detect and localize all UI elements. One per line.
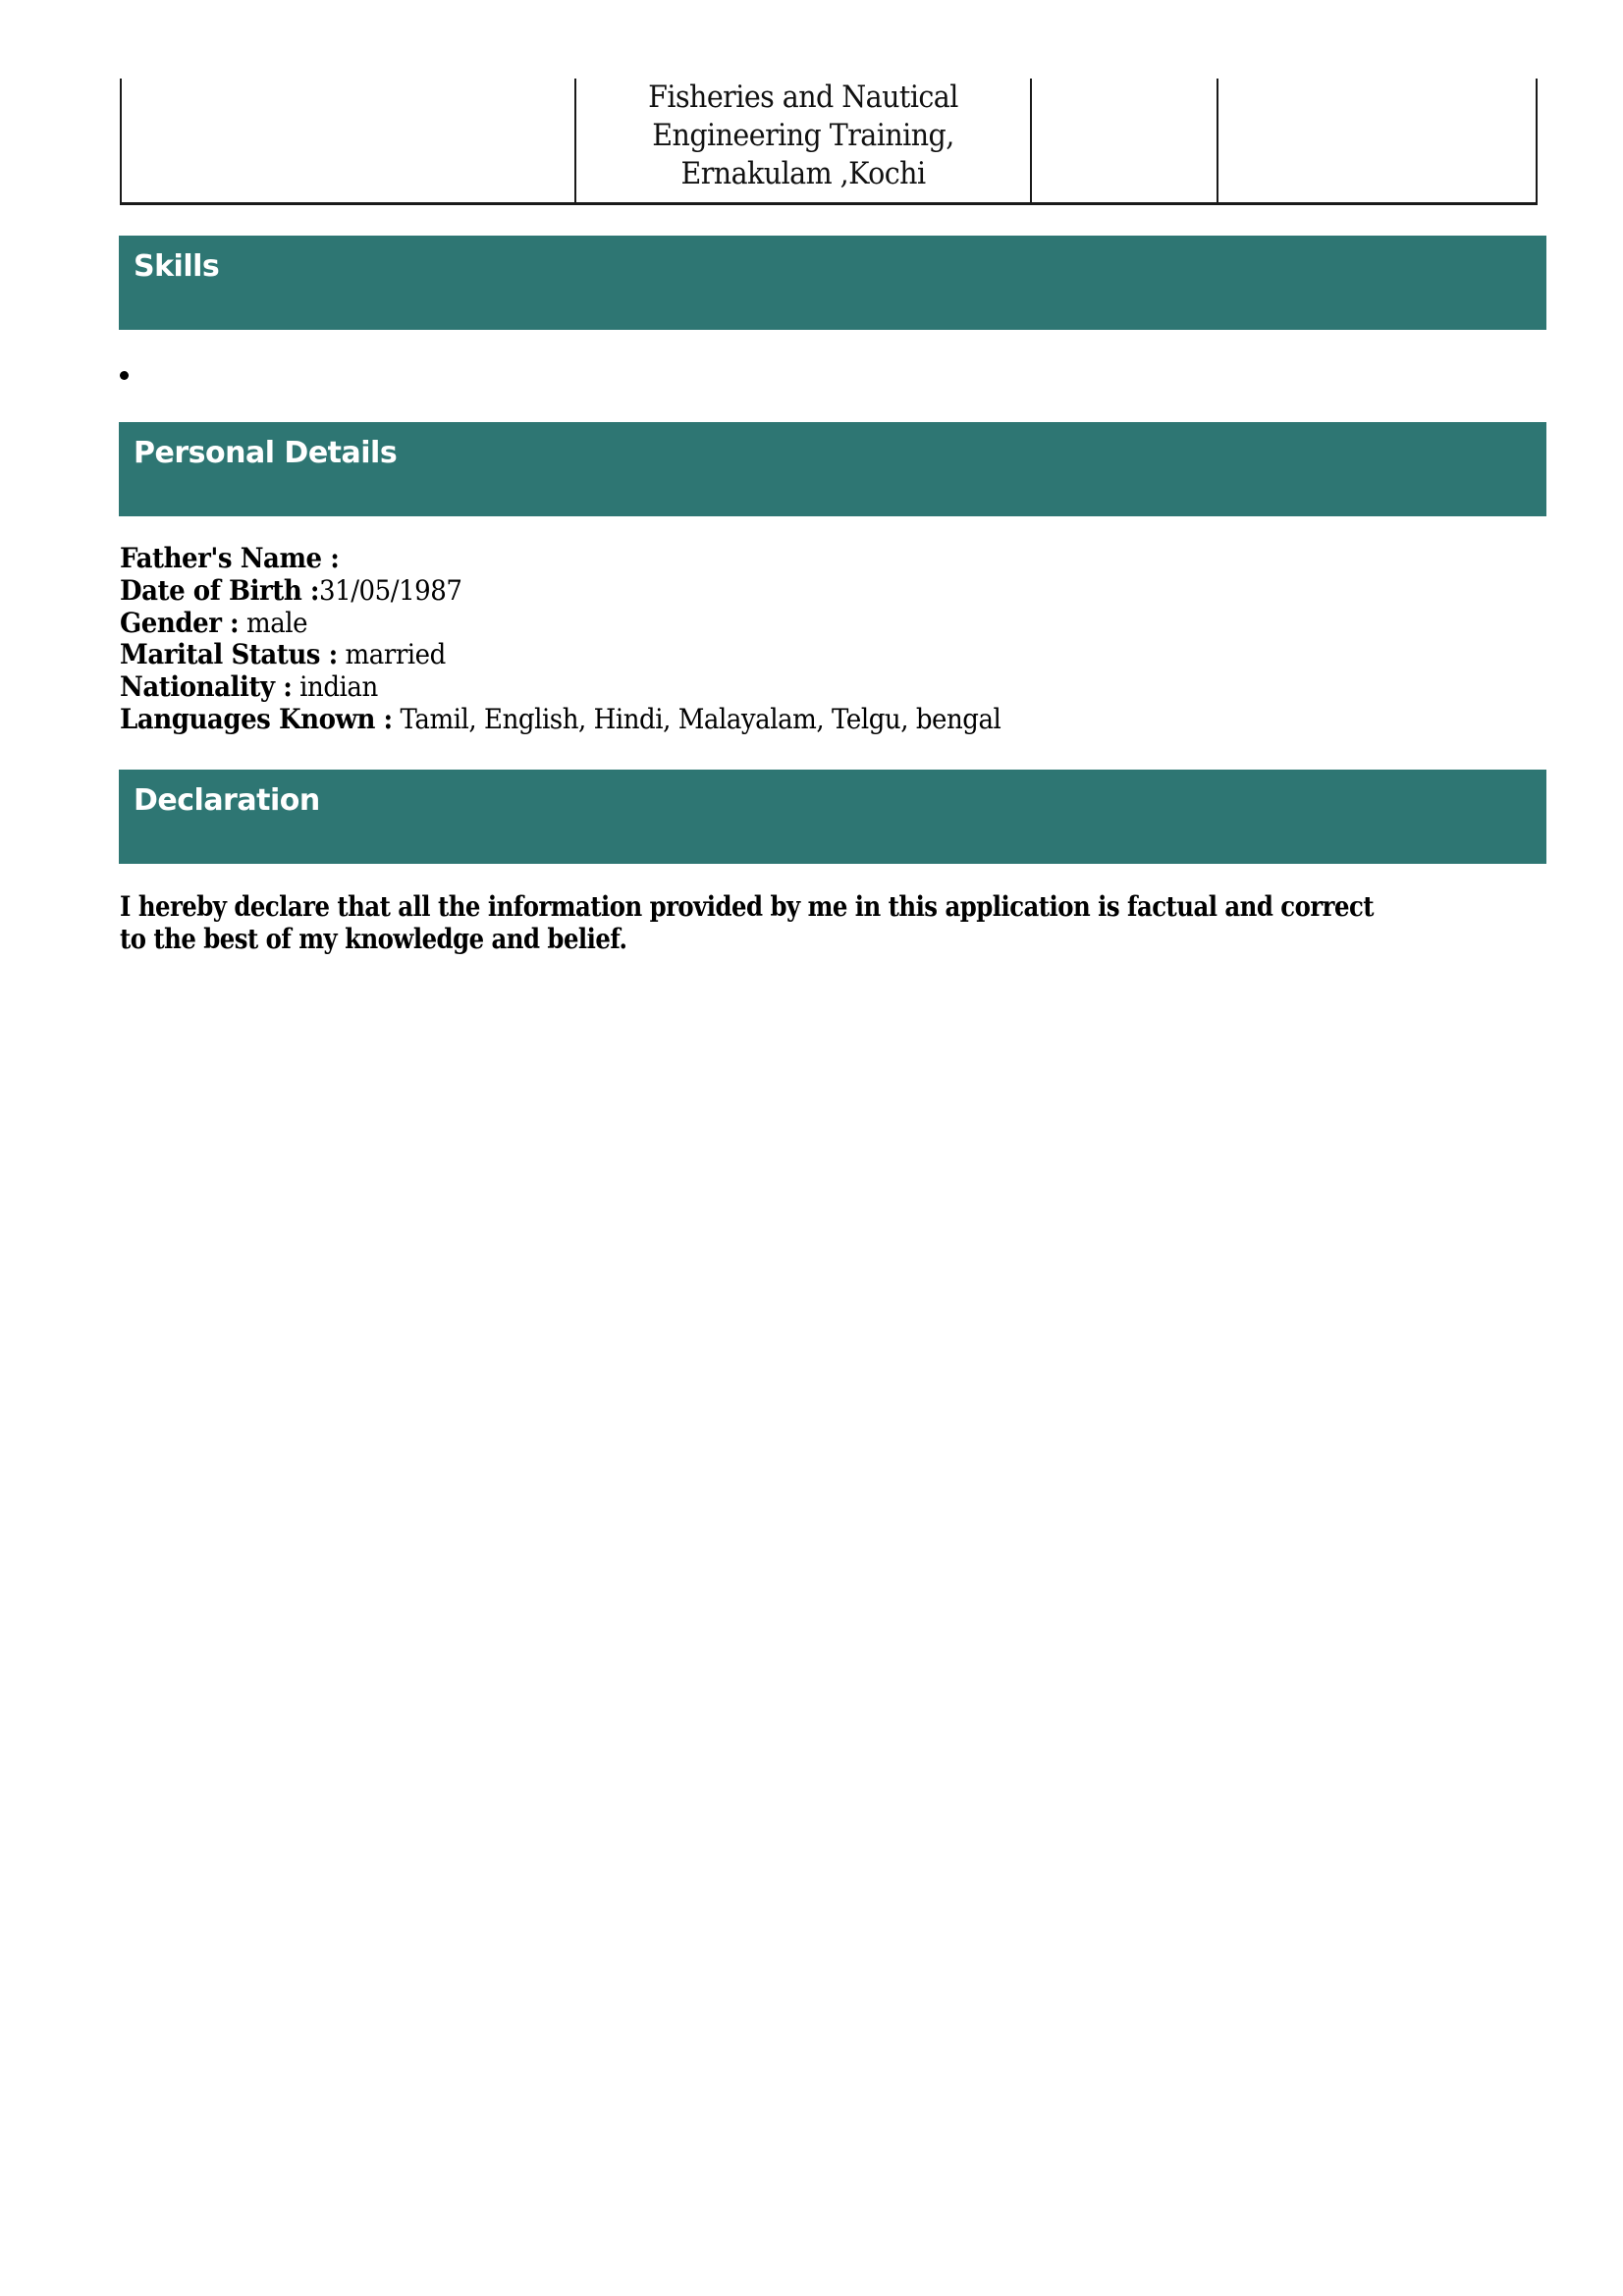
declaration-section-header: Declaration <box>119 770 1546 864</box>
languages-known-row: Languages Known : Tamil, English, Hindi,… <box>120 704 1001 736</box>
field-value: male <box>239 607 307 639</box>
declaration-text: I hereby declare that all the informatio… <box>120 890 1401 955</box>
field-label: Date of Birth : <box>120 574 319 607</box>
gender-row: Gender : male <box>120 608 1001 640</box>
marital-status-row: Marital Status : married <box>120 639 1001 671</box>
date-of-birth-row: Date of Birth :31/05/1987 <box>120 575 1001 608</box>
field-label: Marital Status : <box>120 638 338 670</box>
table-row: Fisheries and Nautical Engineering Train… <box>121 79 1537 204</box>
table-cell <box>1217 79 1537 204</box>
table-cell-institution: Fisheries and Nautical Engineering Train… <box>575 79 1031 204</box>
field-value: 31/05/1987 <box>319 574 461 607</box>
declaration-title: Declaration <box>134 783 320 818</box>
education-table: Fisheries and Nautical Engineering Train… <box>120 79 1538 205</box>
personal-details: Father's Name : Date of Birth :31/05/198… <box>120 543 1067 736</box>
field-value: indian <box>292 670 377 703</box>
field-value: married <box>338 638 446 670</box>
skills-title: Skills <box>134 249 219 284</box>
institution-name: Fisheries and Nautical Engineering Train… <box>622 79 984 193</box>
table-cell <box>1031 79 1217 204</box>
bullet-icon <box>120 371 129 380</box>
fathers-name-row: Father's Name : <box>120 543 1001 575</box>
nationality-row: Nationality : indian <box>120 671 1001 704</box>
personal-details-section-header: Personal Details <box>119 422 1546 516</box>
field-label: Nationality : <box>120 670 292 703</box>
skills-section-header: Skills <box>119 236 1546 330</box>
field-label: Languages Known : <box>120 703 393 735</box>
field-label: Gender : <box>120 607 239 639</box>
field-label: Father's Name : <box>120 542 339 574</box>
field-value: Tamil, English, Hindi, Malayalam, Telgu,… <box>393 703 1001 735</box>
personal-details-title: Personal Details <box>134 436 397 470</box>
table-cell <box>121 79 575 204</box>
